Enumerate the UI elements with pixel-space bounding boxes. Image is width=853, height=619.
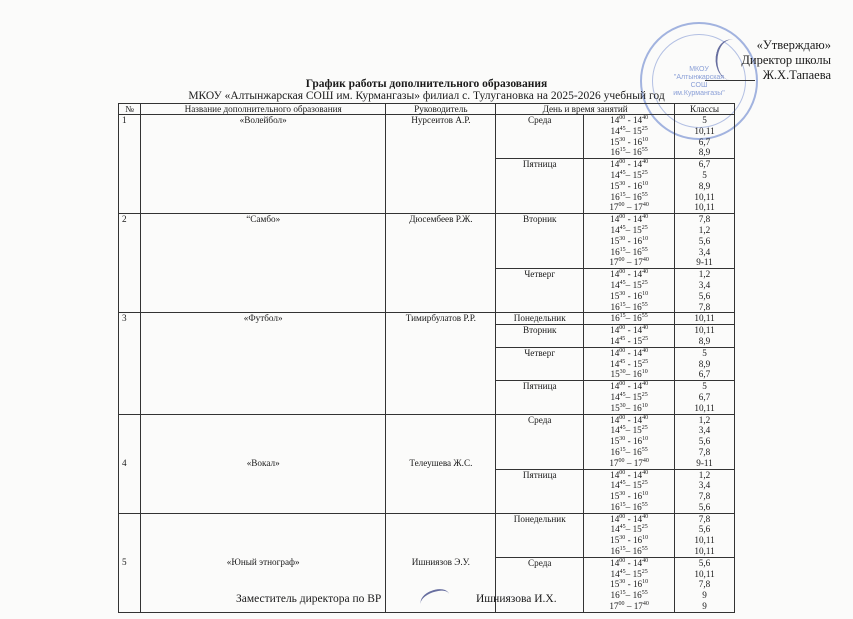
class-groups: 7,85,610,1110,11 [675, 513, 735, 557]
time-slot: 1530 - 1610 [586, 236, 672, 247]
class-group: 10,11 [677, 325, 732, 336]
time-slots: 1400 - 14401445– 15251530 - 16101615– 16… [584, 159, 675, 214]
class-group: 10,11 [677, 403, 732, 414]
document-subtitle: МКОУ «Алтынжарская СОШ им. Курмангазы» ф… [118, 90, 735, 103]
weekday: Вторник [496, 214, 584, 269]
time-slots: 1400 - 14401445– 15251530– 1610 [584, 381, 675, 414]
time-slots: 1400 - 14401445– 15251530 - 16101615– 16… [584, 414, 675, 469]
time-slot: 1615– 1655 [586, 147, 672, 158]
footer-role: Заместитель директора по ВР [236, 593, 381, 605]
time-slot: 1400 - 1440 [586, 558, 672, 569]
class-groups: 56,710,11 [675, 381, 735, 414]
weekday: Среда [496, 414, 584, 469]
weekday: Пятница [496, 159, 584, 214]
time-slot: 1400 - 1440 [586, 159, 672, 170]
time-slot: 1400 - 1440 [586, 470, 672, 481]
approver-position: Директор школы [741, 53, 831, 68]
time-slot: 1615– 1655 [586, 247, 672, 258]
time-slot: 1530 - 1610 [586, 535, 672, 546]
schedule-table: № Название дополнительного образования Р… [118, 103, 735, 613]
class-group: 8,9 [677, 181, 732, 192]
time-slot: 1615– 1655 [586, 302, 672, 313]
class-groups: 7,81,25,63,49-11 [675, 214, 735, 269]
time-slot: 1445– 1525 [586, 480, 672, 491]
activity-name: «Вокал» [140, 414, 385, 513]
header-leader: Руководитель [386, 104, 496, 115]
class-groups: 5,610,117,899 [675, 557, 735, 612]
header-schedule: День и время занятий [496, 104, 675, 115]
class-group: 7,8 [677, 514, 732, 525]
class-group: 8,9 [677, 147, 732, 158]
class-group: 3,4 [677, 280, 732, 291]
activity-leader: Дюсембеев Р.Ж. [386, 214, 496, 313]
table-row: 1«Волейбол»Нурсеитов А.Р.Среда1400 - 144… [119, 115, 735, 159]
class-group: 10,11 [677, 126, 732, 137]
time-slot: 1700 – 1740 [586, 601, 672, 612]
time-slot: 1700 – 1740 [586, 458, 672, 469]
time-slot: 1530– 1610 [586, 403, 672, 414]
time-slot: 1400 - 1440 [586, 381, 672, 392]
time-slot: 1530 - 1610 [586, 137, 672, 148]
class-group: 6,7 [677, 369, 732, 380]
class-group: 8,9 [677, 336, 732, 347]
class-groups: 1,23,45,67,89-11 [675, 414, 735, 469]
time-slot: 1400 - 1440 [586, 214, 672, 225]
class-group: 10,11 [677, 546, 732, 557]
footer-name: Ишниязова И.Х. [476, 593, 557, 605]
time-slot: 1615– 1655 [586, 192, 672, 203]
class-groups: 6,758,910,1110,11 [675, 159, 735, 214]
row-number: 3 [119, 313, 141, 414]
weekday: Вторник [496, 325, 584, 348]
row-number: 1 [119, 115, 141, 214]
footer: Заместитель директора по ВР Ишниязова И.… [236, 593, 381, 605]
time-slot: 1400 - 1440 [586, 269, 672, 280]
table-row: 2“Самбо»Дюсембеев Р.Ж.Вторник1400 - 1440… [119, 214, 735, 269]
class-group: 5,6 [677, 291, 732, 302]
class-group: 5,6 [677, 236, 732, 247]
header-classes: Классы [675, 104, 735, 115]
class-group: 5 [677, 381, 732, 392]
class-group: 9-11 [677, 458, 732, 469]
approver-name: Ж.Х.Тапаева [741, 68, 831, 83]
table-header-row: № Название дополнительного образования Р… [119, 104, 735, 115]
time-slots: 1400 - 14401445 - 15251530– 1610 [584, 347, 675, 380]
class-group: 1,2 [677, 415, 732, 426]
header-num: № [119, 104, 141, 115]
time-slot: 1615– 1655 [586, 546, 672, 557]
class-group: 9-11 [677, 257, 732, 268]
time-slots: 1400 - 14401445– 15251530 - 16101615– 16… [584, 557, 675, 612]
time-slot: 1445– 1525 [586, 392, 672, 403]
class-groups: 10,11 [675, 313, 735, 325]
class-group: 10,11 [677, 192, 732, 203]
class-group: 1,2 [677, 225, 732, 236]
class-groups: 510,116,78,9 [675, 115, 735, 159]
class-group: 7,8 [677, 302, 732, 313]
time-slot: 1445– 1525 [586, 569, 672, 580]
time-slot: 1615– 1655 [586, 447, 672, 458]
time-slot: 1445– 1525 [586, 280, 672, 291]
class-group: 3,4 [677, 425, 732, 436]
class-group: 5 [677, 348, 732, 359]
class-group: 6,7 [677, 392, 732, 403]
class-group: 10,11 [677, 535, 732, 546]
time-slot: 1530 - 1610 [586, 181, 672, 192]
class-group: 5 [677, 115, 732, 126]
time-slots: 1615– 1655 [584, 313, 675, 325]
class-groups: 10,118,9 [675, 325, 735, 348]
class-groups: 58,96,7 [675, 347, 735, 380]
time-slot: 1700 – 1740 [586, 257, 672, 268]
time-slots: 1400 - 14401445 - 1525 [584, 325, 675, 348]
time-slot: 1530 - 1610 [586, 291, 672, 302]
class-group: 10,11 [677, 313, 732, 324]
class-group: 1,2 [677, 269, 732, 280]
time-slot: 1400 - 1440 [586, 115, 672, 126]
activity-leader: Телеушева Ж.С. [386, 414, 496, 513]
approval-heading: «Утверждаю» [741, 38, 831, 53]
class-group: 6,7 [677, 137, 732, 148]
weekday: Понедельник [496, 513, 584, 557]
time-slot: 1615– 1655 [586, 502, 672, 513]
class-group: 3,4 [677, 247, 732, 258]
class-group: 9 [677, 601, 732, 612]
time-slot: 1615– 1655 [586, 313, 672, 324]
class-group: 5,6 [677, 502, 732, 513]
time-slots: 1400 - 14401445– 15251530 - 16101615– 16… [584, 115, 675, 159]
time-slot: 1445– 1525 [586, 170, 672, 181]
time-slot: 1400 - 1440 [586, 415, 672, 426]
time-slots: 1400 - 14401445– 15251530 - 16101615– 16… [584, 513, 675, 557]
activity-name: «Футбол» [140, 313, 385, 414]
time-slot: 1400 - 1440 [586, 348, 672, 359]
class-group: 1,2 [677, 470, 732, 481]
activity-leader: Нурсеитов А.Р. [386, 115, 496, 214]
table-row: 4«Вокал»Телеушева Ж.С.Среда1400 - 144014… [119, 414, 735, 469]
activity-name: “Самбо» [140, 214, 385, 313]
time-slot: 1445– 1525 [586, 225, 672, 236]
class-group: 10,11 [677, 569, 732, 580]
class-group: 6,7 [677, 159, 732, 170]
weekday: Среда [496, 115, 584, 159]
time-slot: 1615– 1655 [586, 590, 672, 601]
table-row: 5«Юный этнограф»Ишниязов Э.У.Понедельник… [119, 513, 735, 557]
time-slots: 1400 - 14401445– 15251530 - 16101615– 16… [584, 214, 675, 269]
approval-block: «Утверждаю» Директор школы Ж.Х.Тапаева [741, 38, 831, 83]
class-group: 7,8 [677, 214, 732, 225]
time-slots: 1400 - 14401445– 15251530 - 16101615– 16… [584, 269, 675, 313]
weekday: Четверг [496, 269, 584, 313]
weekday: Пятница [496, 381, 584, 414]
weekday: Четверг [496, 347, 584, 380]
class-group: 5,6 [677, 524, 732, 535]
weekday: Пятница [496, 469, 584, 513]
class-groups: 1,23,47,85,6 [675, 469, 735, 513]
class-group: 7,8 [677, 491, 732, 502]
row-number: 2 [119, 214, 141, 313]
time-slot: 1530 - 1610 [586, 436, 672, 447]
header-name: Название дополнительного образования [140, 104, 385, 115]
class-group: 5,6 [677, 436, 732, 447]
time-slot: 1700 – 1740 [586, 202, 672, 213]
time-slot: 1530 - 1610 [586, 579, 672, 590]
table-row: 3«Футбол»Тимирбулатов Р.Р.Понедельник161… [119, 313, 735, 325]
activity-leader: Тимирбулатов Р.Р. [386, 313, 496, 414]
time-slot: 1445 - 1525 [586, 336, 672, 347]
class-group: 7,8 [677, 579, 732, 590]
activity-name: «Волейбол» [140, 115, 385, 214]
class-group: 9 [677, 590, 732, 601]
time-slot: 1400 - 1440 [586, 325, 672, 336]
time-slot: 1445– 1525 [586, 524, 672, 535]
class-group: 8,9 [677, 359, 732, 370]
time-slot: 1530 - 1610 [586, 491, 672, 502]
class-group: 10,11 [677, 202, 732, 213]
class-group: 7,8 [677, 447, 732, 458]
class-groups: 1,23,45,67,8 [675, 269, 735, 313]
class-group: 5,6 [677, 558, 732, 569]
weekday: Понедельник [496, 313, 584, 325]
row-number: 4 [119, 414, 141, 513]
time-slot: 1400 - 1440 [586, 514, 672, 525]
row-number: 5 [119, 513, 141, 612]
class-group: 5 [677, 170, 732, 181]
time-slot: 1445 - 1525 [586, 359, 672, 370]
time-slot: 1445– 1525 [586, 126, 672, 137]
class-group: 3,4 [677, 480, 732, 491]
time-slot: 1530– 1610 [586, 369, 672, 380]
time-slots: 1400 - 14401445– 15251530 - 16101615– 16… [584, 469, 675, 513]
time-slot: 1445– 1525 [586, 425, 672, 436]
